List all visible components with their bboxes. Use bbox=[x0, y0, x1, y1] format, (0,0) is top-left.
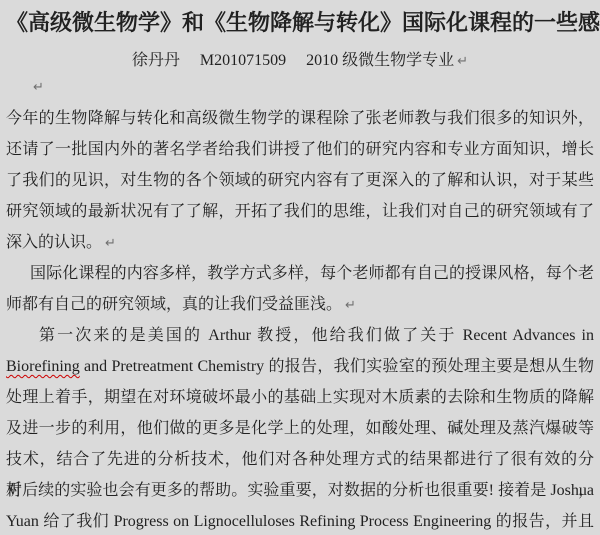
text-segment: and Pretreatment Chemistry 的报告，我们实验室的预处理… bbox=[80, 358, 594, 375]
paragraph-mark-icon: ↵ bbox=[30, 80, 44, 95]
spell-error-text: Biorefining bbox=[6, 358, 80, 375]
empty-line: ↵ bbox=[6, 78, 594, 96]
text-segment: 深入的认识。 bbox=[6, 234, 102, 251]
text-line: 处理上着手，期望在对环境破坏最小的基础上实现对木质素的去除和生物质的降解 bbox=[6, 382, 594, 413]
text-segment: 及进一步的利用，他们做的更多是化学上的处理，如酸处理、碱处理及蒸汽爆破等 bbox=[6, 420, 594, 437]
text-line: 深入的认识。↵ bbox=[6, 227, 594, 258]
text-line: 技术，结合了先进的分析技术，他们对各种处理方式的结果都进行了很有效的分析， bbox=[6, 444, 594, 475]
text-line: 了我们的见识，对生物的各个领域的研究内容有了更深入的了解和认识，对于某些 bbox=[6, 165, 594, 196]
text-line: 师都有自己的研究领域，真的让我们受益匪浅。↵ bbox=[6, 289, 594, 320]
text-line: Yuan 给了我们 Progress on Lignocelluloses Re… bbox=[6, 506, 594, 535]
text-segment: 对后续的实验也会有更多的帮助。实验重要，对数据的分析也很重要! 接着是 Josh… bbox=[6, 482, 594, 499]
text-line: 第一次来的是美国的 Arthur 教授，他给我们做了关于 Recent Adva… bbox=[6, 320, 594, 351]
text-segment: 研究领域的最新状况有了了解，开拓了我们的思维，让我们对自己的研究领域有了 bbox=[6, 203, 594, 220]
document-byline-text: 徐丹丹 M201071509 2010 级微生物学专业 bbox=[132, 52, 454, 69]
text-line: 还请了一批国内外的著名学者给我们讲授了他们的研究内容和专业方面知识，增长 bbox=[6, 134, 594, 165]
text-segment: 了我们的见识，对生物的各个领域的研究内容有了更深入的了解和认识，对于某些 bbox=[6, 172, 594, 189]
text-line: 对后续的实验也会有更多的帮助。实验重要，对数据的分析也很重要! 接着是 Josh… bbox=[6, 475, 594, 506]
paragraph-mark-icon: ↵ bbox=[454, 54, 468, 69]
text-line: 及进一步的利用，他们做的更多是化学上的处理，如酸处理、碱处理及蒸汽爆破等 bbox=[6, 413, 594, 444]
text-segment: 今年的生物降解与转化和高级微生物学的课程除了张老师教与我们很多的知识外， bbox=[6, 110, 594, 127]
document-window: { "window": { "background_color": "#dada… bbox=[0, 0, 600, 535]
text-segment: 国际化课程的内容多样，教学方式多样，每个老师都有自己的授课风格，每个老 bbox=[30, 265, 594, 282]
text-segment: Yuan 给了我们 Progress on Lignocelluloses Re… bbox=[6, 513, 594, 530]
document-body: 今年的生物降解与转化和高级微生物学的课程除了张老师教与我们很多的知识外，还请了一… bbox=[6, 103, 594, 535]
document-page: 《高级微生物学》和《生物降解与转化》国际化课程的一些感想↵ 徐丹丹 M20107… bbox=[0, 5, 600, 535]
text-line: Biorefining and Pretreatment Chemistry 的… bbox=[6, 351, 594, 382]
document-title-text: 《高级微生物学》和《生物降解与转化》国际化课程的一些感想 bbox=[6, 10, 600, 35]
text-segment: 处理上着手，期望在对环境破坏最小的基础上实现对木质素的去除和生物质的降解 bbox=[6, 389, 594, 406]
document-title: 《高级微生物学》和《生物降解与转化》国际化课程的一些感想↵ bbox=[6, 5, 594, 45]
document-byline: 徐丹丹 M201071509 2010 级微生物学专业↵ bbox=[6, 45, 594, 78]
text-segment: 还请了一批国内外的著名学者给我们讲授了他们的研究内容和专业方面知识，增长 bbox=[6, 141, 594, 158]
text-line: 今年的生物降解与转化和高级微生物学的课程除了张老师教与我们很多的知识外， bbox=[6, 103, 594, 134]
paragraph-mark-icon: ↵ bbox=[342, 298, 356, 313]
paragraph-mark-icon: ↵ bbox=[102, 236, 116, 251]
text-line: 研究领域的最新状况有了了解，开拓了我们的思维，让我们对自己的研究领域有了 bbox=[6, 196, 594, 227]
text-segment: 师都有自己的研究领域，真的让我们受益匪浅。 bbox=[6, 296, 342, 313]
text-segment: 第一次来的是美国的 Arthur 教授，他给我们做了关于 Recent Adva… bbox=[39, 327, 594, 344]
text-line: 国际化课程的内容多样，教学方式多样，每个老师都有自己的授课风格，每个老 bbox=[6, 258, 594, 289]
